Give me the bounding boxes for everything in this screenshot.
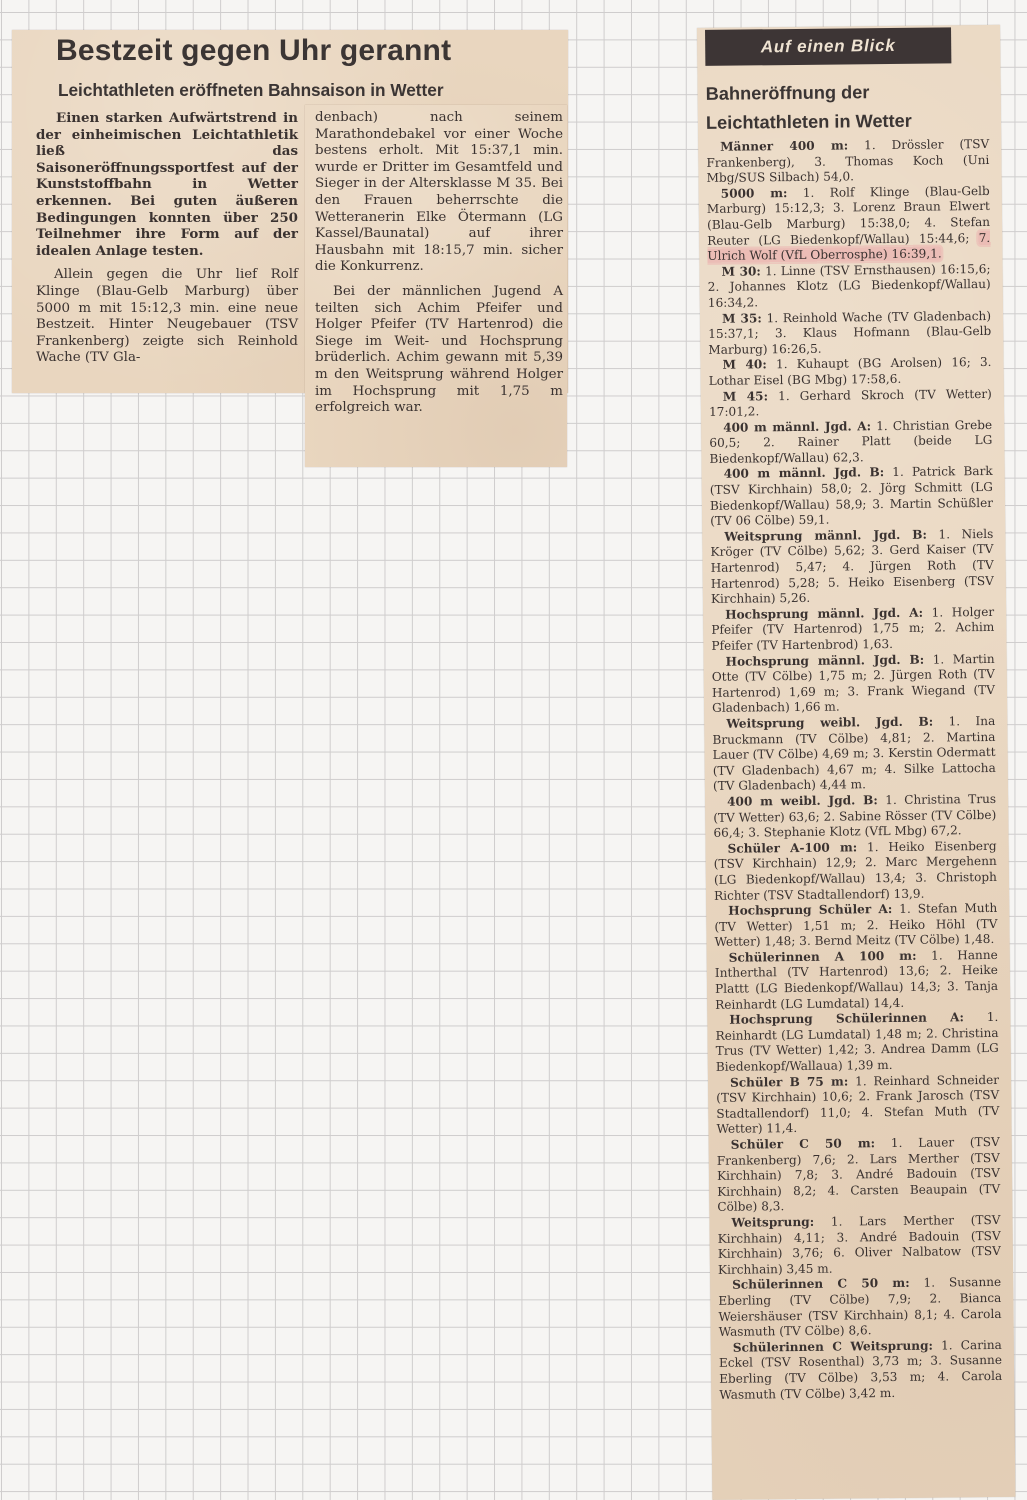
result-event-label: Männer 400 m: [720, 138, 848, 153]
results-title-line: Bahneröffnung der [706, 77, 996, 109]
result-event-label: M 35: [722, 311, 762, 325]
result-entry: Schüler A-100 m: 1. Heiko Eisenberg (TSV… [714, 839, 998, 904]
result-entry: M 45: 1. Gerhard Skroch (TV Wetter) 17:0… [709, 386, 992, 420]
result-event-label: 5000 m: [721, 186, 788, 201]
result-event-label: M 30: [721, 264, 760, 278]
result-event-label: 400 m weibl. Jgd. B: [727, 793, 878, 809]
result-event-label: Weitsprung: [731, 1215, 814, 1230]
result-entry: Hochsprung Schüler A: 1. Stefan Muth (TV… [714, 901, 997, 951]
result-event-label: Schüler A-100 m: [728, 840, 858, 855]
result-entry: M 30: 1. Linne (TSV Ernsthausen) 16:15,6… [707, 262, 990, 312]
result-event-label: Schüler B 75 m: [730, 1074, 848, 1089]
article-paragraph: Allein gegen die Uhr lief Rolf Klinge (B… [36, 267, 298, 367]
result-entry: 400 m weibl. Jgd. B: 1. Christina Trus (… [713, 792, 996, 842]
result-entry: Männer 400 m: 1. Drössler (TSV Frankenbe… [706, 137, 989, 187]
article-column-right: denbach) nach seinem Marathondebakel vor… [315, 110, 563, 425]
result-event-label: Schüler C 50 m: [731, 1136, 876, 1152]
result-entry: Weitsprung weibl. Jgd. B: 1. Ina Bruckma… [712, 714, 996, 795]
result-event-label: Weitsprung weibl. Jgd. B: [726, 715, 933, 731]
result-entry: Schüler C 50 m: 1. Lauer (TSV Frankenber… [717, 1135, 1001, 1216]
result-event-label: Schülerinnen C 50 m: [732, 1276, 910, 1292]
result-event-label: M 45: [723, 389, 768, 403]
article-subheadline: Leichtathleten eröffneten Bahnsaison in … [58, 80, 558, 101]
result-event-label: 400 m männl. Jgd. A: [723, 419, 871, 435]
result-event-label: Hochsprung Schüler A: [728, 902, 892, 918]
result-entry: Schülerinnen C Weitsprung: 1. Carina Eck… [719, 1338, 1003, 1403]
result-event-label: Hochsprung männl. Jgd. B: [726, 652, 925, 668]
result-event-label: Schülerinnen C Weitsprung: [733, 1338, 933, 1354]
result-entry: Schülerinnen C 50 m: 1. Susanne Eberling… [718, 1275, 1002, 1340]
result-event-label: Hochsprung männl. Jgd. A: [725, 605, 923, 621]
result-event-label: 400 m männl. Jgd. B: [724, 466, 885, 482]
result-entry: 400 m männl. Jgd. A: 1. Christian Grebe … [709, 418, 992, 468]
result-entry: M 40: 1. Kuhaupt (BG Arolsen) 16; 3. Lot… [708, 355, 991, 389]
results-list: Männer 400 m: 1. Drössler (TSV Frankenbe… [706, 137, 1002, 1403]
article-lead-paragraph: Einen starken Aufwärtstrend in der einhe… [36, 110, 298, 259]
article-column-left: Einen starken Aufwärtstrend in der einhe… [36, 110, 298, 375]
result-event-label: Hochsprung Schülerinnen A: [729, 1011, 964, 1027]
article-paragraph: Bei der männlichen Jugend A teilten sich… [315, 284, 563, 417]
results-title-line: Leichtathleten in Wetter [706, 106, 996, 138]
result-entry: Weitsprung männl. Jgd. B: 1. Niels Kröge… [710, 527, 994, 608]
section-banner: Auf einen Blick [705, 27, 951, 66]
results-clipping: Auf einen Blick Bahneröffnung der Leicht… [697, 25, 1015, 1500]
result-entry: Schülerinnen A 100 m: 1. Hanne Inthertha… [715, 948, 999, 1013]
result-entry: Hochsprung Schülerinnen A: 1. Reinhardt … [715, 1010, 999, 1075]
article-paragraph-continued: denbach) nach seinem Marathondebakel vor… [315, 110, 563, 276]
result-event-label: Schülerinnen A 100 m: [729, 949, 917, 965]
article-continuation-clipping: denbach) nach seinem Marathondebakel vor… [305, 105, 567, 467]
article-headline: Bestzeit gegen Uhr gerannt [56, 34, 556, 68]
results-title: Bahneröffnung der Leichtathleten in Wett… [706, 77, 997, 138]
result-event-label: M 40: [722, 358, 766, 372]
result-event-label: Weitsprung männl. Jgd. B: [724, 527, 927, 543]
result-entry: Schüler B 75 m: 1. Reinhard Schneider (T… [716, 1073, 1000, 1138]
result-entry: Hochsprung männl. Jgd. B: 1. Martin Otte… [712, 652, 996, 717]
result-entry: 5000 m: 1. Rolf Klinge (Blau-Gelb Marbur… [707, 184, 991, 265]
result-entry: Hochsprung männl. Jgd. A: 1. Holger Pfei… [711, 605, 994, 655]
result-entry: Weitsprung: 1. Lars Merther (TSV Kirchha… [717, 1213, 1001, 1278]
result-entry: 400 m männl. Jgd. B: 1. Patrick Bark (TS… [710, 464, 994, 529]
result-entry: M 35: 1. Reinhold Wache (TV Gladenbach) … [708, 308, 991, 358]
